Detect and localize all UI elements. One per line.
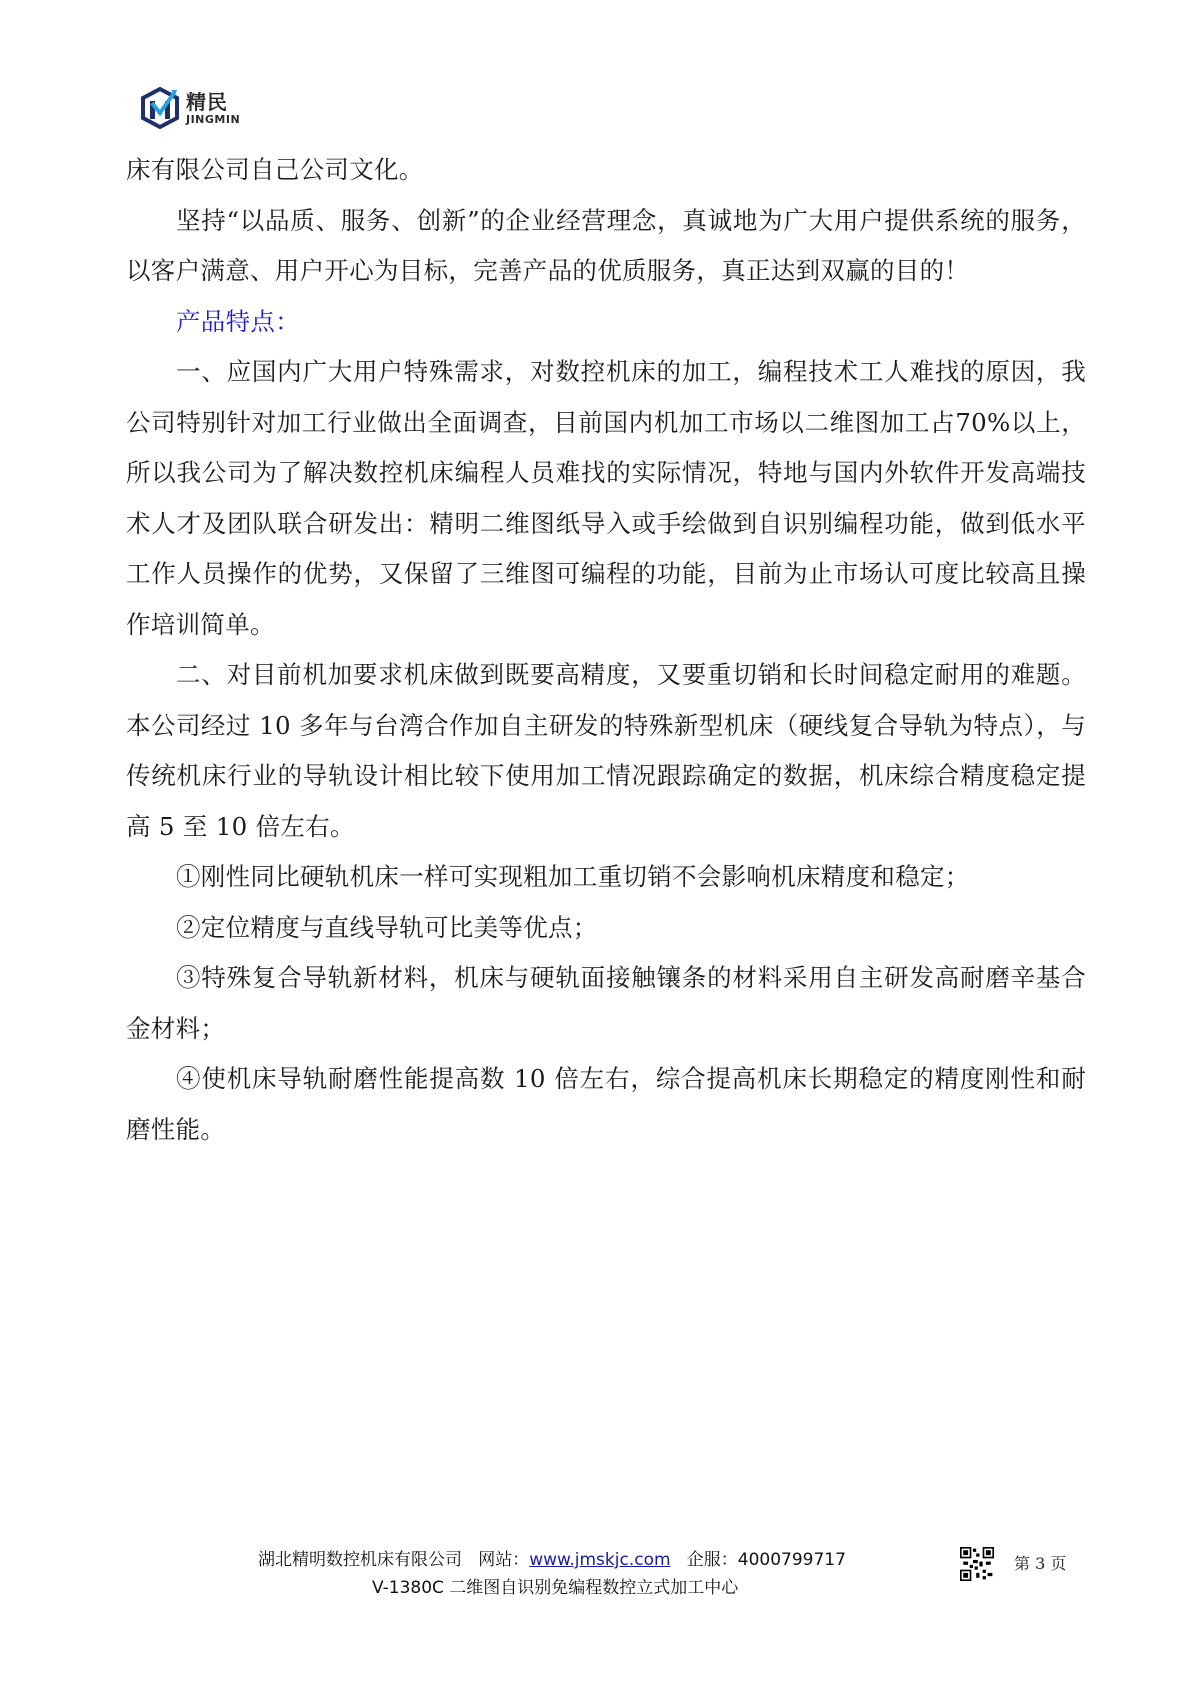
list-item-material: ③特殊复合导轨新材料，机床与硬轨面接触镶条的材料采用自主研发高耐磨辛基合金材料； [126,953,1086,1054]
paragraph-feature-one: 一、应国内广大用户特殊需求，对数控机床的加工，编程技术工人难找的原因，我公司特别… [126,347,1086,650]
logo-chinese-text: 精民 [186,92,240,112]
footer-service-phone: 4000799717 [738,1550,846,1570]
logo-english-text: JINGMIN [186,114,240,125]
footer-service-label: 企服： [687,1550,738,1570]
qr-code-icon [960,1547,994,1581]
footer-company-name: 湖北精明数控机床有限公司 [258,1550,462,1570]
paragraph-business-philosophy: 坚持“以品质、服务、创新”的企业经营理念，真诚地为广大用户提供系统的服务，以客户… [126,196,1086,297]
jingmin-logo-icon [140,87,180,129]
page-number: 第 3 页 [1014,1551,1066,1574]
footer-website-link[interactable]: www.jmskjc.com [529,1550,670,1570]
list-item-positioning: ②定位精度与直线导轨可比美等优点； [126,903,1086,954]
document-body: 床有限公司自己公司文化。 坚持“以品质、服务、创新”的企业经营理念，真诚地为广大… [126,145,1086,1155]
footer-product-subtitle: V-1380C 二维图自识别免编程数控立式加工中心 [372,1573,738,1598]
footer-contact-line: 湖北精明数控机床有限公司 网站：www.jmskjc.com 企服：400079… [258,1545,846,1570]
footer-website-label: 网站： [478,1550,529,1570]
section-heading-product-features: 产品特点： [126,297,1086,348]
list-item-rigidity: ①刚性同比硬轨机床一样可实现粗加工重切销不会影响机床精度和稳定； [126,852,1086,903]
list-item-wear-resistance: ④使机床导轨耐磨性能提高数 10 倍左右，综合提高机床长期稳定的精度刚性和耐磨性… [126,1054,1086,1155]
company-logo: 精民 JINGMIN [140,86,270,130]
paragraph-company-culture: 床有限公司自己公司文化。 [126,145,1086,196]
paragraph-feature-two: 二、对目前机加要求机床做到既要高精度，又要重切销和长时间稳定耐用的难题。本公司经… [126,650,1086,852]
